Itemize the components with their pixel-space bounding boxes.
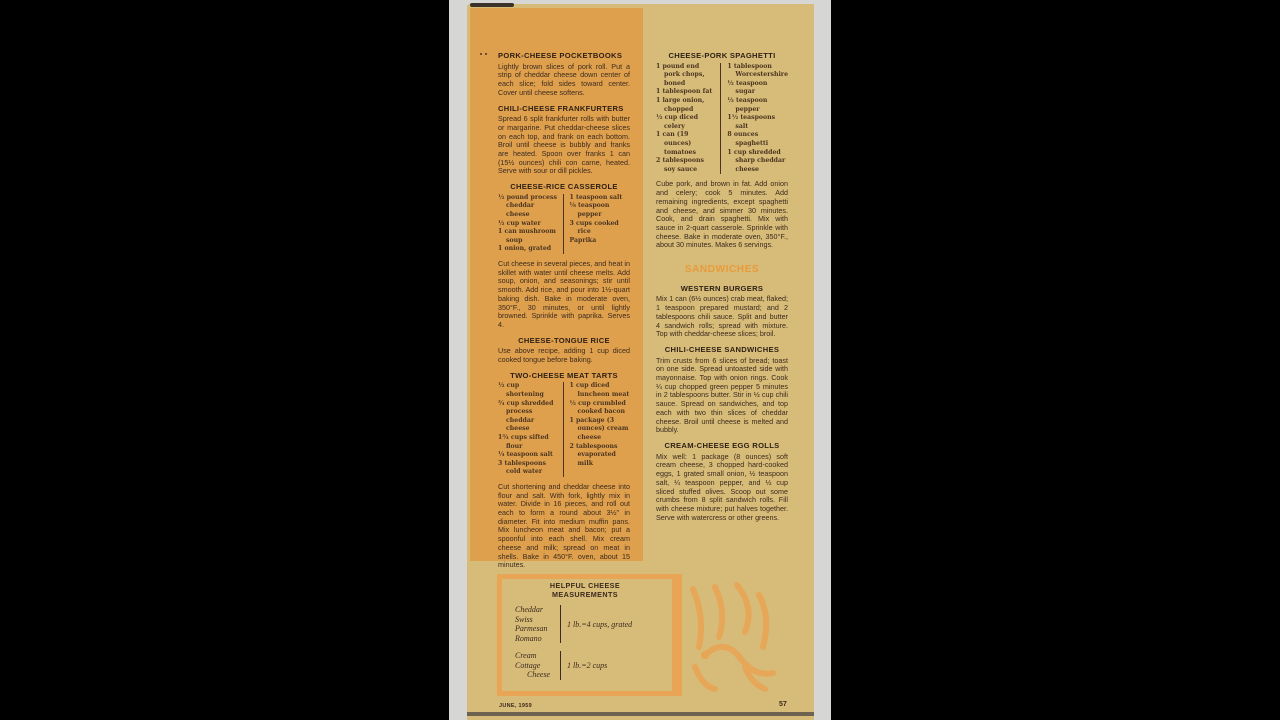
list-item: 1 package (3 ounces) cream cheese [570,417,631,443]
list-item: 1 pound end pork chops, boned [656,63,716,89]
list-item: 1½ teaspoons salt [727,114,788,131]
list-item: Paprika [570,237,631,246]
list-item: ½ pound process cheddar cheese [498,194,559,220]
recipe-title: CHILI-CHEESE FRANKFURTERS [498,105,630,114]
helpful-cheese-measurements: HELPFUL CHEESE MEASUREMENTS CheddarSwiss… [505,582,665,680]
recipe-directions: Cut shortening and cheddar cheese into f… [498,483,630,570]
measurement-value: 1 lb.=2 cups [561,661,607,670]
list-item: Parmesan [515,624,558,634]
recipe-directions: Use above recipe, adding 1 cup diced coo… [498,347,630,364]
list-item: ¼ teaspoon salt [498,451,559,460]
list-item: ¾ cup shredded process cheddar cheese [498,400,559,434]
list-item: Cheese [515,670,558,680]
list-item: 8 ounces spaghetti [727,131,788,148]
recipe-chili-cheese-frankfurters: CHILI-CHEESE FRANKFURTERS Spread 6 split… [498,105,630,177]
recipe-title: CHEESE-RICE CASSEROLE [498,183,630,192]
recipe-cream-cheese-egg-rolls: CREAM-CHEESE EGG ROLLS Mix well: 1 packa… [656,442,788,522]
recipe-title: WESTERN BURGERS [656,285,788,294]
list-item: 3 tablespoons cold water [498,460,559,477]
issue-date: JUNE, 1959 [499,703,532,709]
list-item: 2 tablespoons evaporated milk [570,443,631,469]
recipe-directions: Cut cheese in several pieces, and heat i… [498,260,630,330]
decorative-brush-ornament [685,577,785,697]
list-item: Cream [515,651,558,661]
list-item: ½ teaspoon pepper [727,97,788,114]
recipe-directions: Lightly brown slices of pork roll. Put a… [498,63,630,98]
page-bottom-shadow [467,712,814,716]
list-item: 1 can mushroom soup [498,228,559,245]
ingredients-right: 1 cup diced luncheon meat½ cup crumbled … [564,382,631,477]
ingredients-list: 1 pound end pork chops, boned1 tablespoo… [656,63,788,175]
right-recipe-column: CHEESE-PORK SPAGHETTI 1 pound end pork c… [656,52,788,529]
recipe-directions: Cube pork, and brown in fat. Add onion a… [656,180,788,250]
list-item: Cottage [515,661,558,671]
ingredients-right: 1 tablespoon Worcestershire½ teaspoon su… [721,63,788,175]
list-item: ⅛ teaspoon pepper [570,202,631,219]
list-item: ½ cup water [498,220,559,229]
list-item: 3 cups cooked rice [570,220,631,237]
printer-marks [480,42,490,45]
recipe-western-burgers: WESTERN BURGERS Mix 1 can (6½ ounces) cr… [656,285,788,339]
list-item: 1 cup diced luncheon meat [570,382,631,399]
recipe-directions: Mix well: 1 package (8 ounces) soft crea… [656,453,788,523]
recipe-title: CHILI-CHEESE SANDWICHES [656,346,788,355]
recipe-directions: Spread 6 split frankfurter rolls with bu… [498,115,630,176]
recipe-title: PORK-CHEESE POCKETBOOKS [498,52,630,61]
recipe-title: TWO-CHEESE MEAT TARTS [498,372,630,381]
recipe-chili-cheese-sandwiches: CHILI-CHEESE SANDWICHES Trim crusts from… [656,346,788,435]
page-top-edge [470,3,514,7]
list-item: Romano [515,634,558,644]
list-item: Swiss [515,615,558,625]
recipe-pork-cheese-pocketbooks: PORK-CHEESE POCKETBOOKS Lightly brown sl… [498,52,630,98]
list-item: Cheddar [515,605,558,615]
ingredients-left: 1 pound end pork chops, boned1 tablespoo… [656,63,721,175]
measurement-value: 1 lb.=4 cups, grated [561,620,632,629]
list-item: 1 tablespoon fat [656,88,716,97]
list-item: ½ teaspoon sugar [727,80,788,97]
ingredients-right: 1 teaspoon salt⅛ teaspoon pepper3 cups c… [564,194,631,254]
list-item: ½ cup shortening [498,382,559,399]
ingredients-list: ½ pound process cheddar cheese½ cup wate… [498,194,630,254]
recipe-two-cheese-meat-tarts: TWO-CHEESE MEAT TARTS ½ cup shortening¾ … [498,372,630,570]
ingredients-list: ½ cup shortening¾ cup shredded process c… [498,382,630,477]
recipe-title: CHEESE-PORK SPAGHETTI [656,52,788,61]
recipe-directions: Mix 1 can (6½ ounces) crab meat, flaked;… [656,295,788,339]
list-item: 1 cup shredded sharp cheddar cheese [727,149,788,175]
recipe-cheese-rice-casserole: CHEESE-RICE CASSEROLE ½ pound process ch… [498,183,630,329]
recipe-cheese-pork-spaghetti: CHEESE-PORK SPAGHETTI 1 pound end pork c… [656,52,788,250]
measurement-group: CreamCottageCheese 1 lb.=2 cups [505,651,665,680]
measurement-group: CheddarSwissParmesanRomano 1 lb.=4 cups,… [505,605,665,643]
recipe-title: CREAM-CHEESE EGG ROLLS [656,442,788,451]
list-item: 1 teaspoon salt [570,194,631,203]
page-number: 57 [779,701,787,708]
left-recipe-column: PORK-CHEESE POCKETBOOKS Lightly brown sl… [498,52,630,577]
list-item: 1¾ cups sifted flour [498,434,559,451]
ingredients-left: ½ pound process cheddar cheese½ cup wate… [498,194,564,254]
list-item: 1 large onion, chopped [656,97,716,114]
list-item: ½ cup crumbled cooked bacon [570,400,631,417]
list-item: 1 can (19 ounces) tomatoes [656,131,716,157]
ingredients-left: ½ cup shortening¾ cup shredded process c… [498,382,564,477]
list-item: 1 onion, grated [498,245,559,254]
recipe-directions: Trim crusts from 6 slices of bread; toas… [656,357,788,435]
cheese-names: CheddarSwissParmesanRomano [505,605,561,643]
list-item: 1 tablespoon Worcestershire [727,63,788,80]
cheese-names: CreamCottageCheese [505,651,561,680]
recipe-cheese-tongue-rice: CHEESE-TONGUE RICE Use above recipe, add… [498,337,630,365]
section-heading-sandwiches: SANDWICHES [656,266,788,275]
list-item: ½ cup diced celery [656,114,716,131]
list-item: 2 tablespoons soy sauce [656,157,716,174]
measurements-title-line2: MEASUREMENTS [505,591,665,600]
recipe-title: CHEESE-TONGUE RICE [498,337,630,346]
